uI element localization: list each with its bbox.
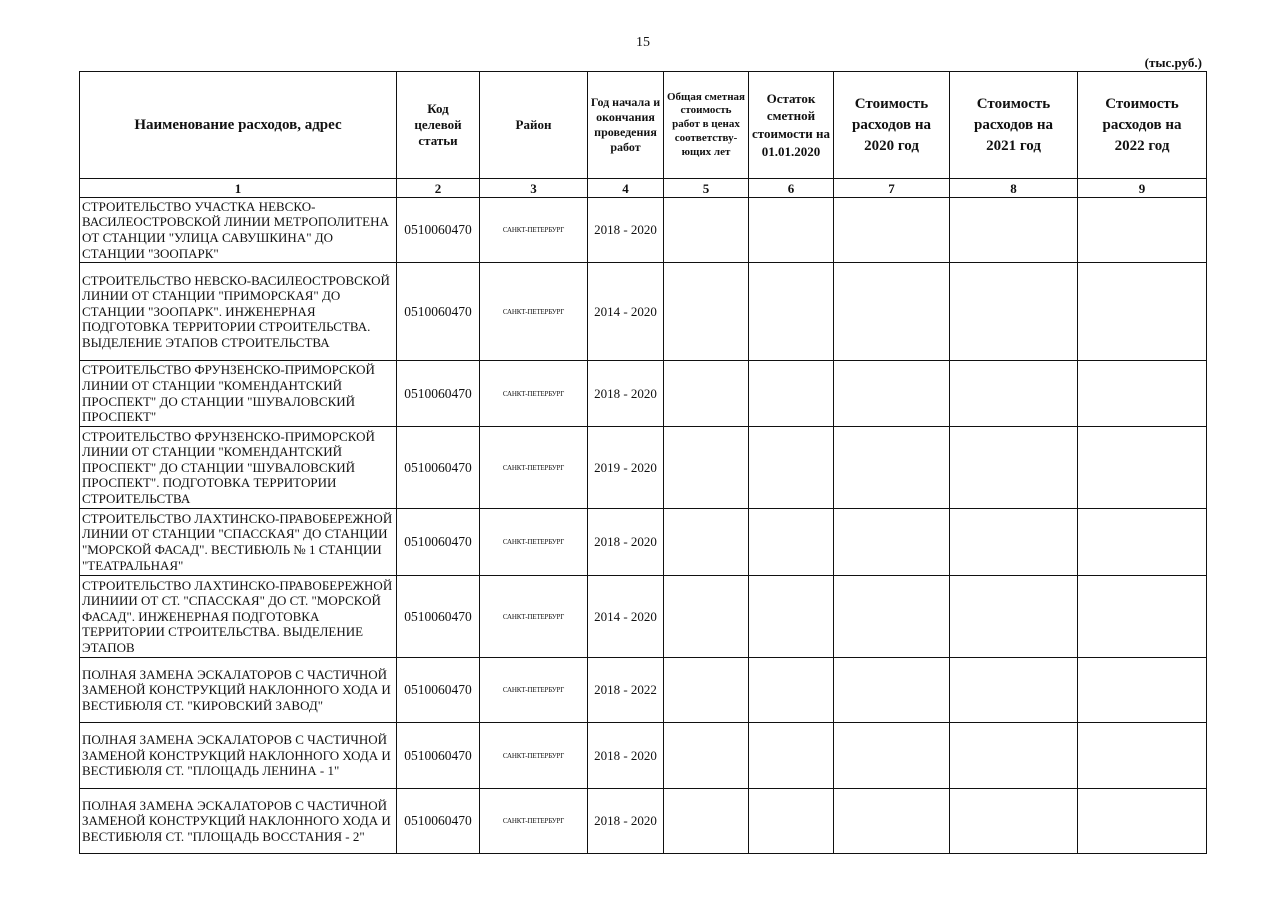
unit-note: (тыс.руб.) bbox=[1145, 55, 1202, 71]
district: САНКТ-ПЕТЕРБУРГ bbox=[480, 789, 588, 854]
column-number: 7 bbox=[834, 179, 950, 198]
target-code: 0510060470 bbox=[397, 658, 480, 723]
remaining-cost bbox=[749, 427, 834, 509]
column-number: 6 bbox=[749, 179, 834, 198]
expense-name: СТРОИТЕЛЬСТВО ФРУНЗЕНСКО-ПРИМОРСКОЙ ЛИНИ… bbox=[80, 361, 397, 427]
total-cost bbox=[664, 789, 749, 854]
header-cost-2022: Стоимость расходов на 2022 год bbox=[1078, 72, 1207, 179]
cost-2022 bbox=[1078, 427, 1207, 509]
cost-2021 bbox=[950, 427, 1078, 509]
total-cost bbox=[664, 576, 749, 658]
header-total-cost: Общая сметная стоимость работ в ценах со… bbox=[664, 72, 749, 179]
target-code: 0510060470 bbox=[397, 427, 480, 509]
header-district: Район bbox=[480, 72, 588, 179]
column-number: 4 bbox=[588, 179, 664, 198]
work-period: 2014 - 2020 bbox=[588, 263, 664, 361]
work-period: 2014 - 2020 bbox=[588, 576, 664, 658]
cost-2022 bbox=[1078, 789, 1207, 854]
cost-2022 bbox=[1078, 658, 1207, 723]
header-code: Код целевой статьи bbox=[397, 72, 480, 179]
header-cost-2021: Стоимость расходов на 2021 год bbox=[950, 72, 1078, 179]
column-number: 2 bbox=[397, 179, 480, 198]
work-period: 2018 - 2020 bbox=[588, 361, 664, 427]
work-period: 2018 - 2020 bbox=[588, 723, 664, 789]
cost-2020 bbox=[834, 509, 950, 576]
remaining-cost bbox=[749, 576, 834, 658]
work-period: 2018 - 2020 bbox=[588, 198, 664, 263]
work-period: 2018 - 2020 bbox=[588, 789, 664, 854]
expense-name: СТРОИТЕЛЬСТВО ЛАХТИНСКО-ПРАВОБЕРЕЖНОЙ ЛИ… bbox=[80, 576, 397, 658]
remaining-cost bbox=[749, 723, 834, 789]
expense-name: СТРОИТЕЛЬСТВО ЛАХТИНСКО-ПРАВОБЕРЕЖНОЙ ЛИ… bbox=[80, 509, 397, 576]
remaining-cost bbox=[749, 198, 834, 263]
target-code: 0510060470 bbox=[397, 198, 480, 263]
column-number: 3 bbox=[480, 179, 588, 198]
district: САНКТ-ПЕТЕРБУРГ bbox=[480, 658, 588, 723]
cost-2021 bbox=[950, 509, 1078, 576]
cost-2021 bbox=[950, 723, 1078, 789]
cost-2020 bbox=[834, 789, 950, 854]
total-cost bbox=[664, 427, 749, 509]
cost-2020 bbox=[834, 658, 950, 723]
cost-2022 bbox=[1078, 198, 1207, 263]
total-cost bbox=[664, 723, 749, 789]
column-number: 1 bbox=[80, 179, 397, 198]
remaining-cost bbox=[749, 509, 834, 576]
expenses-table: Наименование расходов, адрес Код целевой… bbox=[79, 71, 1207, 854]
district: САНКТ-ПЕТЕРБУРГ bbox=[480, 361, 588, 427]
target-code: 0510060470 bbox=[397, 789, 480, 854]
district: САНКТ-ПЕТЕРБУРГ bbox=[480, 198, 588, 263]
district: САНКТ-ПЕТЕРБУРГ bbox=[480, 576, 588, 658]
target-code: 0510060470 bbox=[397, 723, 480, 789]
cost-2020 bbox=[834, 198, 950, 263]
cost-2022 bbox=[1078, 576, 1207, 658]
cost-2021 bbox=[950, 198, 1078, 263]
header-cost-2020: Стоимость расходов на 2020 год bbox=[834, 72, 950, 179]
table-row: СТРОИТЕЛЬСТВО ЛАХТИНСКО-ПРАВОБЕРЕЖНОЙ ЛИ… bbox=[80, 509, 1207, 576]
district: САНКТ-ПЕТЕРБУРГ bbox=[480, 427, 588, 509]
remaining-cost bbox=[749, 263, 834, 361]
table-row: ПОЛНАЯ ЗАМЕНА ЭСКАЛАТОРОВ С ЧАСТИЧНОЙ ЗА… bbox=[80, 789, 1207, 854]
cost-2022 bbox=[1078, 361, 1207, 427]
cost-2020 bbox=[834, 723, 950, 789]
cost-2020 bbox=[834, 576, 950, 658]
total-cost bbox=[664, 658, 749, 723]
target-code: 0510060470 bbox=[397, 263, 480, 361]
column-number: 5 bbox=[664, 179, 749, 198]
cost-2022 bbox=[1078, 263, 1207, 361]
table-row: ПОЛНАЯ ЗАМЕНА ЭСКАЛАТОРОВ С ЧАСТИЧНОЙ ЗА… bbox=[80, 658, 1207, 723]
district: САНКТ-ПЕТЕРБУРГ bbox=[480, 509, 588, 576]
table-row: СТРОИТЕЛЬСТВО УЧАСТКА НЕВСКО-ВАСИЛЕОСТРО… bbox=[80, 198, 1207, 263]
total-cost bbox=[664, 198, 749, 263]
work-period: 2019 - 2020 bbox=[588, 427, 664, 509]
column-number: 9 bbox=[1078, 179, 1207, 198]
cost-2022 bbox=[1078, 723, 1207, 789]
header-row: Наименование расходов, адрес Код целевой… bbox=[80, 72, 1207, 179]
target-code: 0510060470 bbox=[397, 509, 480, 576]
remaining-cost bbox=[749, 658, 834, 723]
total-cost bbox=[664, 263, 749, 361]
cost-2021 bbox=[950, 658, 1078, 723]
header-period: Год начала и окончания проведения работ bbox=[588, 72, 664, 179]
cost-2021 bbox=[950, 361, 1078, 427]
table-row: ПОЛНАЯ ЗАМЕНА ЭСКАЛАТОРОВ С ЧАСТИЧНОЙ ЗА… bbox=[80, 723, 1207, 789]
header-remaining-cost: Остаток сметной стоимости на 01.01.2020 bbox=[749, 72, 834, 179]
target-code: 0510060470 bbox=[397, 361, 480, 427]
work-period: 2018 - 2020 bbox=[588, 509, 664, 576]
expense-name: ПОЛНАЯ ЗАМЕНА ЭСКАЛАТОРОВ С ЧАСТИЧНОЙ ЗА… bbox=[80, 723, 397, 789]
page-number: 15 bbox=[0, 35, 1286, 51]
cost-2020 bbox=[834, 427, 950, 509]
column-number-row: 1 2 3 4 5 6 7 8 9 bbox=[80, 179, 1207, 198]
expense-name: СТРОИТЕЛЬСТВО УЧАСТКА НЕВСКО-ВАСИЛЕОСТРО… bbox=[80, 198, 397, 263]
cost-2021 bbox=[950, 789, 1078, 854]
header-name: Наименование расходов, адрес bbox=[80, 72, 397, 179]
district: САНКТ-ПЕТЕРБУРГ bbox=[480, 723, 588, 789]
total-cost bbox=[664, 361, 749, 427]
expense-name: СТРОИТЕЛЬСТВО НЕВСКО-ВАСИЛЕОСТРОВСКОЙ ЛИ… bbox=[80, 263, 397, 361]
cost-2021 bbox=[950, 576, 1078, 658]
cost-2020 bbox=[834, 361, 950, 427]
target-code: 0510060470 bbox=[397, 576, 480, 658]
cost-2021 bbox=[950, 263, 1078, 361]
cost-2022 bbox=[1078, 509, 1207, 576]
work-period: 2018 - 2022 bbox=[588, 658, 664, 723]
expense-name: ПОЛНАЯ ЗАМЕНА ЭСКАЛАТОРОВ С ЧАСТИЧНОЙ ЗА… bbox=[80, 789, 397, 854]
total-cost bbox=[664, 509, 749, 576]
expense-name: ПОЛНАЯ ЗАМЕНА ЭСКАЛАТОРОВ С ЧАСТИЧНОЙ ЗА… bbox=[80, 658, 397, 723]
table-row: СТРОИТЕЛЬСТВО ФРУНЗЕНСКО-ПРИМОРСКОЙ ЛИНИ… bbox=[80, 361, 1207, 427]
expense-name: СТРОИТЕЛЬСТВО ФРУНЗЕНСКО-ПРИМОРСКОЙ ЛИНИ… bbox=[80, 427, 397, 509]
remaining-cost bbox=[749, 361, 834, 427]
cost-2020 bbox=[834, 263, 950, 361]
table-row: СТРОИТЕЛЬСТВО НЕВСКО-ВАСИЛЕОСТРОВСКОЙ ЛИ… bbox=[80, 263, 1207, 361]
district: САНКТ-ПЕТЕРБУРГ bbox=[480, 263, 588, 361]
table-row: СТРОИТЕЛЬСТВО ФРУНЗЕНСКО-ПРИМОРСКОЙ ЛИНИ… bbox=[80, 427, 1207, 509]
column-number: 8 bbox=[950, 179, 1078, 198]
table-row: СТРОИТЕЛЬСТВО ЛАХТИНСКО-ПРАВОБЕРЕЖНОЙ ЛИ… bbox=[80, 576, 1207, 658]
remaining-cost bbox=[749, 789, 834, 854]
